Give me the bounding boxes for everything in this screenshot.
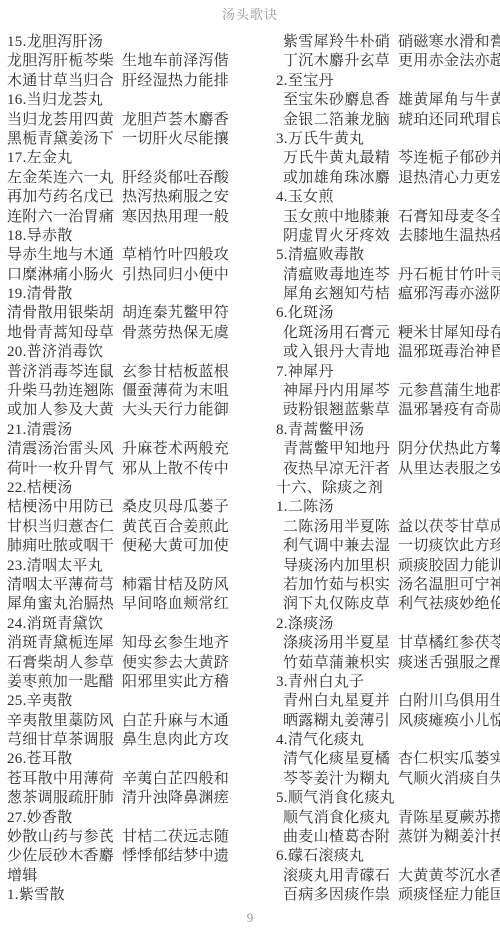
verse-first-half: 润下丸仅陈皮草 bbox=[283, 595, 398, 614]
verse-second-half: 阴分伏热此方攀 bbox=[398, 441, 500, 457]
verse-line: 利气调中兼去湿一切痰饮此方珍 bbox=[276, 537, 500, 556]
verse-second-half: 早间咯血颊常红 bbox=[122, 596, 229, 612]
verse-second-half: 阳邪里实此方稽 bbox=[122, 674, 229, 690]
verse-first-half: 豉粉银翘蓝紫草 bbox=[283, 401, 398, 420]
section-heading: 十六、除痰之剂 bbox=[276, 479, 500, 498]
formula-heading: 26.苍耳散 bbox=[7, 750, 251, 769]
verse-first-half: 升柴马勃连翘陈 bbox=[7, 382, 122, 401]
verse-first-half: 苍耳散中用薄荷 bbox=[7, 770, 122, 789]
verse-first-half: 清震汤治雷头风 bbox=[7, 440, 122, 459]
verse-line: 或入银丹大青地温邪斑毒治神昏 bbox=[276, 343, 500, 362]
verse-first-half: 清气化痰星夏橘 bbox=[283, 750, 398, 769]
verse-first-half: 竹茹草蒲兼枳实 bbox=[283, 654, 398, 673]
verse-first-half: 百病多因痰作祟 bbox=[283, 886, 398, 905]
formula-heading: 1.二陈汤 bbox=[276, 498, 500, 517]
verse-first-half: 至宝朱砂麝息香 bbox=[283, 91, 398, 110]
verse-line: 清震汤治雷头风升麻苍术两般充 bbox=[7, 440, 251, 459]
verse-line: 万氏牛黄丸最精芩连栀子郁砂并 bbox=[276, 149, 500, 168]
verse-line: 芎细甘草茶调服鼻生息肉此方攻 bbox=[7, 731, 251, 750]
verse-first-half: 清骨散用银柴胡 bbox=[7, 304, 122, 323]
verse-line: 姜枣煎加一匙醋阳邪里实此方稽 bbox=[7, 673, 251, 692]
verse-line: 左金茱连六一丸肝经炎郁吐吞酸 bbox=[7, 169, 251, 188]
verse-second-half: 便秘大黄可加使 bbox=[122, 538, 229, 554]
verse-line: 竹茹草蒲兼枳实痰迷舌强服之醒 bbox=[276, 654, 500, 673]
verse-second-half: 琥珀还同玳瑁良 bbox=[398, 112, 500, 128]
formula-heading: 4.玉女煎 bbox=[276, 188, 500, 207]
verse-first-half: 肺痈吐脓或咽干 bbox=[7, 537, 122, 556]
formula-heading: 8.青蒿鳖甲汤 bbox=[276, 421, 500, 440]
verse-first-half: 晒露糊丸姜薄引 bbox=[283, 712, 398, 731]
verse-second-half: 痰迷舌强服之醒 bbox=[398, 655, 500, 671]
verse-first-half: 口糜淋痛小肠火 bbox=[7, 266, 122, 285]
formula-heading: 18.导赤散 bbox=[7, 227, 251, 246]
verse-line: 导赤生地与木通草梢竹叶四般攻 bbox=[7, 246, 251, 265]
verse-second-half: 汤名温胆可宁神 bbox=[398, 577, 500, 593]
verse-line: 至宝朱砂麝息香雄黄犀角与牛黄 bbox=[276, 91, 500, 110]
formula-heading: 5.顺气消食化痰丸 bbox=[276, 789, 500, 808]
formula-heading: 17.左金丸 bbox=[7, 149, 251, 168]
verse-line: 升柴马勃连翘陈僵蚕薄荷为末咀 bbox=[7, 382, 251, 401]
verse-first-half: 青蒿鳖甲知地丹 bbox=[283, 440, 398, 459]
verse-second-half: 利气祛痰妙绝伦 bbox=[398, 596, 500, 612]
verse-first-half: 桔梗汤中用防已 bbox=[7, 498, 122, 517]
verse-first-half: 青州白丸星夏并 bbox=[283, 692, 398, 711]
verse-line: 涤痰汤用半夏星甘草橘红参茯苓 bbox=[276, 634, 500, 653]
verse-first-half: 丁沉木麝升玄草 bbox=[283, 52, 398, 71]
verse-line: 导痰汤内加里枳顽痰胶固力能训 bbox=[276, 557, 500, 576]
verse-line: 荷叶一枚升胃气邪从上散不传中 bbox=[7, 460, 251, 479]
formula-heading: 5.清瘟败毒散 bbox=[276, 246, 500, 265]
verse-first-half: 芎细甘草茶调服 bbox=[7, 731, 122, 750]
verse-first-half: 夜热早凉无汗者 bbox=[283, 460, 398, 479]
verse-second-half: 玄参甘桔板蓝根 bbox=[122, 364, 229, 380]
verse-second-half: 温邪斑毒治神昏 bbox=[398, 344, 500, 360]
verse-second-half: 蒸饼为糊姜汁抟 bbox=[398, 829, 500, 845]
verse-first-half: 芩苓姜汁为糊丸 bbox=[283, 770, 398, 789]
verse-line: 连附六一治胃痛寒因热用理一般 bbox=[7, 208, 251, 227]
verse-second-half: 胡连秦艽鳖甲符 bbox=[122, 305, 229, 321]
verse-line: 化斑汤用石膏元粳米甘犀知母存 bbox=[276, 324, 500, 343]
verse-second-half: 气顺火消痰自失 bbox=[398, 771, 500, 787]
verse-first-half: 清瘟败毒地连芩 bbox=[283, 266, 398, 285]
verse-second-half: 甘桔二茯远志随 bbox=[122, 829, 229, 845]
verse-second-half: 白附川乌俱用生 bbox=[398, 693, 500, 709]
verse-line: 黑栀青黛姜汤下一切肝火尽能攘 bbox=[7, 130, 251, 149]
verse-first-half: 甘枳当归薏杏仁 bbox=[7, 518, 122, 537]
verse-line: 当归龙荟用四黄龙胆芦荟木麝香 bbox=[7, 111, 251, 130]
verse-second-half: 悸悸郁结梦中遗 bbox=[122, 848, 229, 864]
verse-second-half: 顽痰胶固力能训 bbox=[398, 558, 500, 574]
verse-line: 或加人参及大黄大头天行力能御 bbox=[7, 401, 251, 420]
verse-first-half: 若加竹茹与枳实 bbox=[283, 576, 398, 595]
verse-line: 消斑青黛栀连犀知母玄参生地齐 bbox=[7, 634, 251, 653]
verse-line: 苍耳散中用薄荷辛荑白芷四般和 bbox=[7, 770, 251, 789]
formula-heading: 3.青州白丸子 bbox=[276, 673, 500, 692]
verse-second-half: 杏仁枳实瓜蒌实 bbox=[398, 751, 500, 767]
text-line: 增辑 bbox=[7, 867, 251, 886]
verse-line: 石膏柴胡人参草便实参去大黄跻 bbox=[7, 654, 251, 673]
verse-line: 阴虚胃火牙疼效去膝地生温热痊 bbox=[276, 227, 500, 246]
verse-line: 犀角玄翘知芍桔瘟邪泻毒亦滋阴 bbox=[276, 285, 500, 304]
formula-heading: 15.龙胆泻肝汤 bbox=[7, 33, 251, 52]
verse-first-half: 木通甘草当归合 bbox=[7, 72, 122, 91]
verse-first-half: 辛夷散里藁防风 bbox=[7, 712, 122, 731]
formula-heading: 7.神犀丹 bbox=[276, 363, 500, 382]
verse-line: 甘枳当归薏杏仁黄芪百合姜煎此 bbox=[7, 518, 251, 537]
verse-first-half: 滚痰丸用青礞石 bbox=[283, 867, 398, 886]
verse-first-half: 再加芍药名戊已 bbox=[7, 188, 122, 207]
formula-heading: 6.礞石滚痰丸 bbox=[276, 847, 500, 866]
verse-second-half: 知母玄参生地齐 bbox=[122, 635, 229, 651]
verse-second-half: 一切痰饮此方珍 bbox=[398, 538, 500, 554]
verse-line: 滚痰丸用青礞石大黄黄芩沉水香 bbox=[276, 867, 500, 886]
verse-line: 百病多因痰作祟顽痰怪症力能匡 bbox=[276, 886, 500, 905]
verse-second-half: 大头天行力能御 bbox=[122, 402, 229, 418]
formula-heading: 27.妙香散 bbox=[7, 809, 251, 828]
verse-second-half: 热泻热痢服之安 bbox=[122, 189, 229, 205]
verse-line: 少佐辰砂木香麝悸悸郁结梦中遗 bbox=[7, 847, 251, 866]
verse-second-half: 柿霜甘桔及防风 bbox=[122, 577, 229, 593]
verse-second-half: 粳米甘犀知母存 bbox=[398, 325, 500, 341]
verse-first-half: 曲麦山楂葛杏附 bbox=[283, 828, 398, 847]
verse-first-half: 妙散山药与参芪 bbox=[7, 828, 122, 847]
verse-second-half: 青陈星夏蕨苏攒 bbox=[398, 810, 500, 826]
verse-second-half: 升麻苍术两般充 bbox=[122, 441, 229, 457]
verse-first-half: 当归龙荟用四黄 bbox=[7, 111, 122, 130]
verse-second-half: 丹石栀甘竹叶寻 bbox=[398, 267, 500, 283]
verse-first-half: 玉女煎中地膝兼 bbox=[283, 208, 398, 227]
verse-line: 润下丸仅陈皮草利气祛痰妙绝伦 bbox=[276, 595, 500, 614]
verse-line: 神犀丹内用犀芩元参菖蒲生地群 bbox=[276, 382, 500, 401]
verse-second-half: 便实参去大黄跻 bbox=[122, 655, 229, 671]
verse-second-half: 益以茯苓甘草成 bbox=[398, 519, 500, 535]
verse-second-half: 骨蒸劳热保无虞 bbox=[122, 325, 229, 341]
formula-heading: 20.普济消毒饮 bbox=[7, 343, 251, 362]
verse-line: 桔梗汤中用防已桑皮贝母瓜蒌子 bbox=[7, 498, 251, 517]
formula-heading: 22.桔梗汤 bbox=[7, 479, 251, 498]
verse-line: 再加芍药名戊已热泻热痢服之安 bbox=[7, 188, 251, 207]
verse-first-half: 或加人参及大黄 bbox=[7, 401, 122, 420]
verse-second-half: 更用赤金法亦超 bbox=[398, 53, 500, 69]
verse-first-half: 清咽太平薄荷芎 bbox=[7, 576, 122, 595]
verse-first-half: 顺气消食化痰丸 bbox=[283, 809, 398, 828]
verse-line: 口糜淋痛小肠火引热同归小便中 bbox=[7, 266, 251, 285]
verse-first-half: 导赤生地与木通 bbox=[7, 246, 122, 265]
verse-second-half: 去膝地生温热痊 bbox=[398, 228, 500, 244]
verse-second-half: 辛荑白芷四般和 bbox=[122, 771, 229, 787]
page-number: 9 bbox=[0, 910, 500, 926]
verse-line: 豉粉银翘蓝紫草温邪暑疫有奇勋 bbox=[276, 401, 500, 420]
verse-first-half: 或加雄角珠冰麝 bbox=[283, 169, 398, 188]
verse-line: 肺痈吐脓或咽干便秘大黄可加使 bbox=[7, 537, 251, 556]
verse-first-half: 犀角蜜丸治膈热 bbox=[7, 595, 122, 614]
formula-heading: 19.清骨散 bbox=[7, 285, 251, 304]
page: 汤头歌诀 15.龙胆泻肝汤龙胆泻肝栀芩柴生地车前泽泻偕木通甘草当归合肝经湿热力能… bbox=[0, 0, 500, 936]
verse-second-half: 一切肝火尽能攘 bbox=[122, 131, 229, 147]
verse-line: 清气化痰星夏橘杏仁枳实瓜蒌实 bbox=[276, 750, 500, 769]
formula-heading: 24.消斑青黛饮 bbox=[7, 615, 251, 634]
verse-second-half: 硝磁寒水滑和膏 bbox=[398, 34, 500, 50]
verse-second-half: 肝经炎郁吐吞酸 bbox=[122, 170, 229, 186]
formula-heading: 1.紫雪散 bbox=[7, 886, 251, 905]
verse-line: 芩苓姜汁为糊丸气顺火消痰自失 bbox=[276, 770, 500, 789]
verse-first-half: 地骨青蒿知母草 bbox=[7, 324, 122, 343]
formula-heading: 2.涤痰汤 bbox=[276, 615, 500, 634]
formula-heading: 6.化斑汤 bbox=[276, 304, 500, 323]
verse-first-half: 犀角玄翘知芍桔 bbox=[283, 285, 398, 304]
verse-second-half: 龙胆芦荟木麝香 bbox=[122, 112, 229, 128]
verse-second-half: 桑皮贝母瓜蒌子 bbox=[122, 499, 229, 515]
verse-second-half: 瘟邪泻毒亦滋阴 bbox=[398, 286, 500, 302]
verse-first-half: 金银二箔兼龙脑 bbox=[283, 111, 398, 130]
formula-heading: 16.当归龙荟丸 bbox=[7, 91, 251, 110]
verse-second-half: 石膏知母麦冬全 bbox=[398, 209, 500, 225]
formula-heading: 2.至宝丹 bbox=[276, 72, 500, 91]
verse-first-half: 葱茶调服疏肝肺 bbox=[7, 789, 122, 808]
formula-heading: 21.清震汤 bbox=[7, 421, 251, 440]
verse-line: 辛夷散里藁防风白芷升麻与木通 bbox=[7, 712, 251, 731]
verse-line: 青蒿鳖甲知地丹阴分伏热此方攀 bbox=[276, 440, 500, 459]
right-column: 紫雪犀羚牛朴硝硝磁寒水滑和膏丁沉木麝升玄草更用赤金法亦超2.至宝丹至宝朱砂麝息香… bbox=[276, 33, 500, 906]
verse-line: 丁沉木麝升玄草更用赤金法亦超 bbox=[276, 52, 500, 71]
verse-line: 金银二箔兼龙脑琥珀还同玳瑁良 bbox=[276, 111, 500, 130]
verse-first-half: 万氏牛黄丸最精 bbox=[283, 149, 398, 168]
verse-line: 龙胆泻肝栀芩柴生地车前泽泻偕 bbox=[7, 52, 251, 71]
formula-heading: 25.辛夷散 bbox=[7, 692, 251, 711]
verse-line: 地骨青蒿知母草骨蒸劳热保无虞 bbox=[7, 324, 251, 343]
formula-heading: 23.清咽太平丸 bbox=[7, 557, 251, 576]
verse-first-half: 龙胆泻肝栀芩柴 bbox=[7, 52, 122, 71]
verse-second-half: 清升浊降鼻渊瘥 bbox=[122, 790, 229, 806]
verse-second-half: 僵蚕薄荷为末咀 bbox=[122, 383, 229, 399]
verse-second-half: 草梢竹叶四般攻 bbox=[122, 247, 229, 263]
verse-second-half: 温邪暑疫有奇勋 bbox=[398, 402, 500, 418]
verse-second-half: 肝经湿热力能排 bbox=[122, 73, 229, 89]
verse-first-half: 黑栀青黛姜汤下 bbox=[7, 130, 122, 149]
verse-line: 妙散山药与参芪甘桔二茯远志随 bbox=[7, 828, 251, 847]
verse-second-half: 生地车前泽泻偕 bbox=[122, 53, 229, 69]
verse-line: 清瘟败毒地连芩丹石栀甘竹叶寻 bbox=[276, 266, 500, 285]
verse-second-half: 风痰瘫痪小儿惊 bbox=[398, 713, 500, 729]
verse-first-half: 普济消毒芩连鼠 bbox=[7, 363, 122, 382]
verse-first-half: 或入银丹大青地 bbox=[283, 343, 398, 362]
verse-line: 夜热早凉无汗者从里达表服之安 bbox=[276, 460, 500, 479]
verse-second-half: 邪从上散不传中 bbox=[122, 461, 229, 477]
verse-first-half: 左金茱连六一丸 bbox=[7, 169, 122, 188]
verse-line: 若加竹茹与枳实汤名温胆可宁神 bbox=[276, 576, 500, 595]
verse-first-half: 阴虚胃火牙疼效 bbox=[283, 227, 398, 246]
verse-second-half: 顽痰怪症力能匡 bbox=[398, 887, 500, 903]
verse-first-half: 神犀丹内用犀芩 bbox=[283, 382, 398, 401]
verse-line: 晒露糊丸姜薄引风痰瘫痪小儿惊 bbox=[276, 712, 500, 731]
verse-line: 清咽太平薄荷芎柿霜甘桔及防风 bbox=[7, 576, 251, 595]
verse-line: 普济消毒芩连鼠玄参甘桔板蓝根 bbox=[7, 363, 251, 382]
formula-heading: 3.万氏牛黄丸 bbox=[276, 130, 500, 149]
verse-first-half: 少佐辰砂木香麝 bbox=[7, 847, 122, 866]
verse-line: 紫雪犀羚牛朴硝硝磁寒水滑和膏 bbox=[276, 33, 500, 52]
verse-second-half: 甘草橘红参茯苓 bbox=[398, 635, 500, 651]
left-column: 15.龙胆泻肝汤龙胆泻肝栀芩柴生地车前泽泻偕木通甘草当归合肝经湿热力能排16.当… bbox=[7, 33, 251, 906]
verse-second-half: 寒因热用理一般 bbox=[122, 209, 229, 225]
verse-first-half: 二陈汤用半夏陈 bbox=[283, 518, 398, 537]
verse-second-half: 雄黄犀角与牛黄 bbox=[398, 92, 500, 108]
verse-first-half: 化斑汤用石膏元 bbox=[283, 324, 398, 343]
verse-line: 犀角蜜丸治膈热早间咯血颊常红 bbox=[7, 595, 251, 614]
verse-line: 青州白丸星夏并白附川乌俱用生 bbox=[276, 692, 500, 711]
verse-first-half: 涤痰汤用半夏星 bbox=[283, 634, 398, 653]
verse-second-half: 引热同归小便中 bbox=[122, 267, 229, 283]
verse-line: 曲麦山楂葛杏附蒸饼为糊姜汁抟 bbox=[276, 828, 500, 847]
verse-first-half: 连附六一治胃痛 bbox=[7, 208, 122, 227]
verse-second-half: 鼻生息肉此方攻 bbox=[122, 732, 229, 748]
verse-second-half: 退热清心力更宏 bbox=[398, 170, 500, 186]
verse-first-half: 导痰汤内加里枳 bbox=[283, 557, 398, 576]
verse-first-half: 石膏柴胡人参草 bbox=[7, 654, 122, 673]
verse-first-half: 荷叶一枚升胃气 bbox=[7, 460, 122, 479]
formula-heading: 4.清气化痰丸 bbox=[276, 731, 500, 750]
verse-line: 清骨散用银柴胡胡连秦艽鳖甲符 bbox=[7, 304, 251, 323]
verse-line: 顺气消食化痰丸青陈星夏蕨苏攒 bbox=[276, 809, 500, 828]
page-title: 汤头歌诀 bbox=[0, 4, 500, 23]
verse-first-half: 消斑青黛栀连犀 bbox=[7, 634, 122, 653]
verse-line: 玉女煎中地膝兼石膏知母麦冬全 bbox=[276, 208, 500, 227]
verse-second-half: 从里达表服之安 bbox=[398, 461, 500, 477]
verse-second-half: 大黄黄芩沉水香 bbox=[398, 868, 500, 884]
verse-second-half: 白芷升麻与木通 bbox=[122, 713, 229, 729]
verse-second-half: 芩连栀子郁砂并 bbox=[398, 150, 500, 166]
verse-first-half: 利气调中兼去湿 bbox=[283, 537, 398, 556]
verse-second-half: 元参菖蒲生地群 bbox=[398, 383, 500, 399]
verse-first-half: 姜枣煎加一匙醋 bbox=[7, 673, 122, 692]
verse-first-half: 紫雪犀羚牛朴硝 bbox=[283, 33, 398, 52]
verse-line: 葱茶调服疏肝肺清升浊降鼻渊瘥 bbox=[7, 789, 251, 808]
verse-line: 二陈汤用半夏陈益以茯苓甘草成 bbox=[276, 518, 500, 537]
verse-line: 木通甘草当归合肝经湿热力能排 bbox=[7, 72, 251, 91]
verse-second-half: 黄芪百合姜煎此 bbox=[122, 519, 229, 535]
verse-line: 或加雄角珠冰麝退热清心力更宏 bbox=[276, 169, 500, 188]
